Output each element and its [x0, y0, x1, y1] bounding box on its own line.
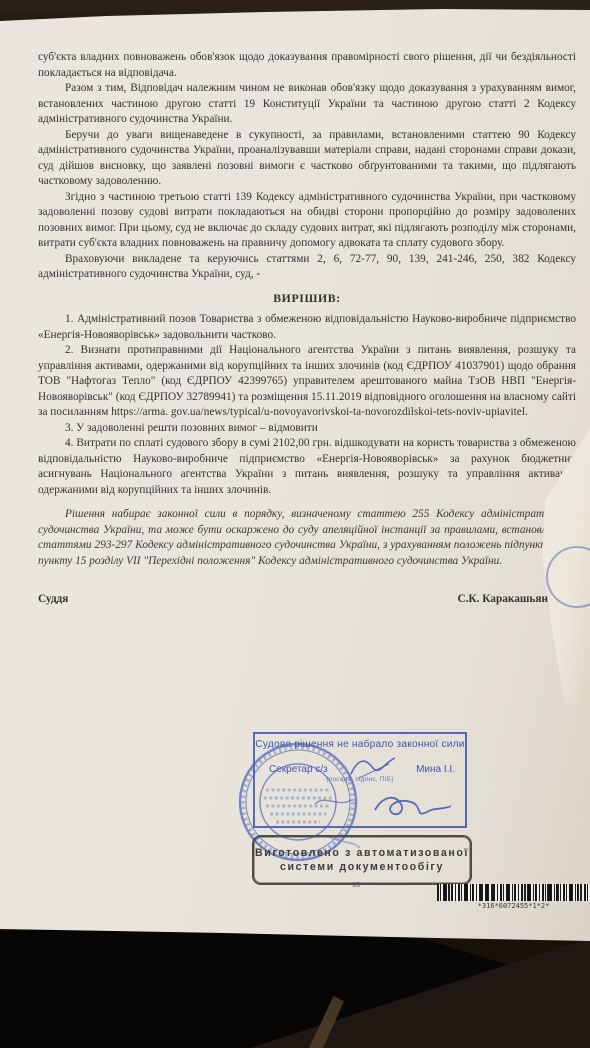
document-page: суб'єкта владних повноважень обов'язок щ… [0, 0, 590, 1048]
signature-row: Суддя С.К. Каракашьян [38, 592, 576, 608]
clerk-role: Секретар с/з [269, 764, 328, 775]
clerk-name: Мина І.І. [416, 764, 455, 775]
ruling-heading: ВИРІШИВ: [38, 291, 576, 307]
barcode-text: *316*6072455*1*2* [437, 902, 590, 910]
paragraph: Разом з тим, Відповідач належним чином н… [38, 81, 576, 128]
clerk-stamp-caption: (посада, підпис, ПІБ) [255, 776, 465, 783]
photo-background: суб'єкта владних повноважень обов'язок щ… [0, 0, 590, 1048]
paragraph: суб'єкта владних повноважень обов'язок щ… [38, 50, 576, 81]
partial-seal-icon [546, 546, 590, 608]
barcode-icon [437, 884, 590, 901]
document-body: суб'єкта владних повноважень обов'язок щ… [38, 50, 576, 608]
paragraph: Враховуючи викладене та керуючись стаття… [38, 252, 576, 283]
paragraph: Згідно з частиною третьою статті 139 Код… [38, 190, 576, 252]
paragraph: Беручи до уваги вищенаведене в сукупност… [38, 128, 576, 190]
ruling-item: 4. Витрати по сплаті судового збору в су… [38, 436, 576, 498]
ruling-item: 1. Адміністративний позов Товариства з о… [38, 312, 576, 343]
page-number: 10 [352, 880, 360, 889]
clerk-stamp-signature-row: Секретар с/з Мина І.І. [269, 764, 455, 775]
automated-system-stamp-line2: системи документообігу [254, 860, 470, 874]
automated-system-stamp-line1: Виготовлено з автоматизованої [254, 846, 470, 860]
judge-name: С.К. Каракашьян [457, 592, 548, 608]
clerk-stamp-text: Судове рішення не набрало законної сили [255, 739, 465, 750]
ruling-item: 3. У задоволенні решти позовних вимог – … [38, 421, 576, 437]
barcode-block: *316*6072455*1*2* [437, 884, 590, 910]
automated-system-stamp: Виготовлено з автоматизованої системи до… [252, 835, 472, 885]
judge-label: Суддя [38, 592, 68, 608]
ruling-item: 2. Визнати протиправними дії Національно… [38, 343, 576, 421]
appeal-clause: Рішення набирає законної сили в порядку,… [38, 507, 576, 569]
clerk-stamp: Судове рішення не набрало законної сили … [253, 732, 467, 828]
